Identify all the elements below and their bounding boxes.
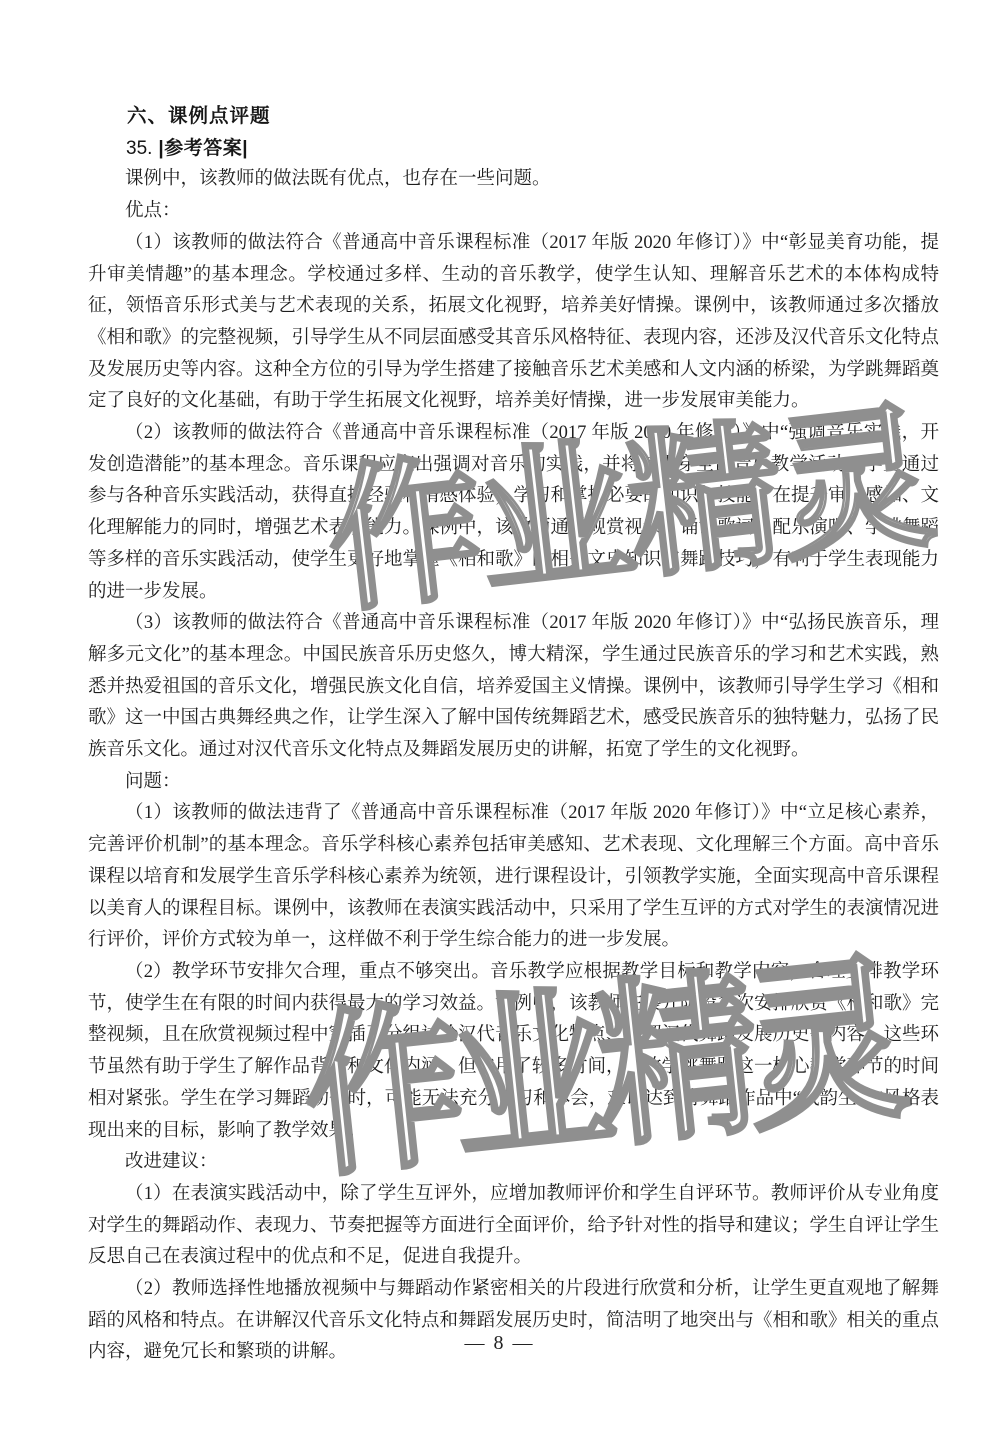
answer-content: 六、课例点评题 35.|参考答案| 课例中，该教师的做法既有优点，也存在一些问题…	[88, 101, 939, 1369]
paragraph-problem-1: （1）该教师的做法违背了《普通高中音乐课程标准（2017 年版 2020 年修订…	[88, 798, 939, 957]
paragraph-suggestion-1: （1）在表演实践活动中，除了学生互评外，应增加教师评价和学生自评环节。教师评价从…	[88, 1179, 939, 1274]
answer-line: 35.|参考答案|	[88, 133, 939, 165]
section-label-problems: 问题：	[88, 767, 939, 799]
page-number: — 8 —	[0, 1332, 999, 1355]
paragraph-problem-2: （2）教学环节安排欠合理，重点不够突出。音乐教学应根据教学目标和教学内容，合理安…	[88, 957, 939, 1147]
section-heading: 六、课例点评题	[88, 101, 939, 133]
answer-label: |参考答案|	[158, 138, 248, 159]
paragraph-advantage-2: （2）该教师的做法符合《普通高中音乐课程标准（2017 年版 2020 年修订）…	[88, 418, 939, 608]
paragraph-advantage-3: （3）该教师的做法符合《普通高中音乐课程标准（2017 年版 2020 年修订）…	[88, 608, 939, 767]
document-page: 六、课例点评题 35.|参考答案| 课例中，该教师的做法既有优点，也存在一些问题…	[0, 0, 999, 1444]
paragraph-advantage-1: （1）该教师的做法符合《普通高中音乐课程标准（2017 年版 2020 年修订）…	[88, 228, 939, 418]
section-label-advantages: 优点：	[88, 196, 939, 228]
intro-paragraph: 课例中，该教师的做法既有优点，也存在一些问题。	[88, 164, 939, 196]
section-label-suggestions: 改进建议：	[88, 1147, 939, 1179]
question-number: 35.	[126, 138, 152, 159]
